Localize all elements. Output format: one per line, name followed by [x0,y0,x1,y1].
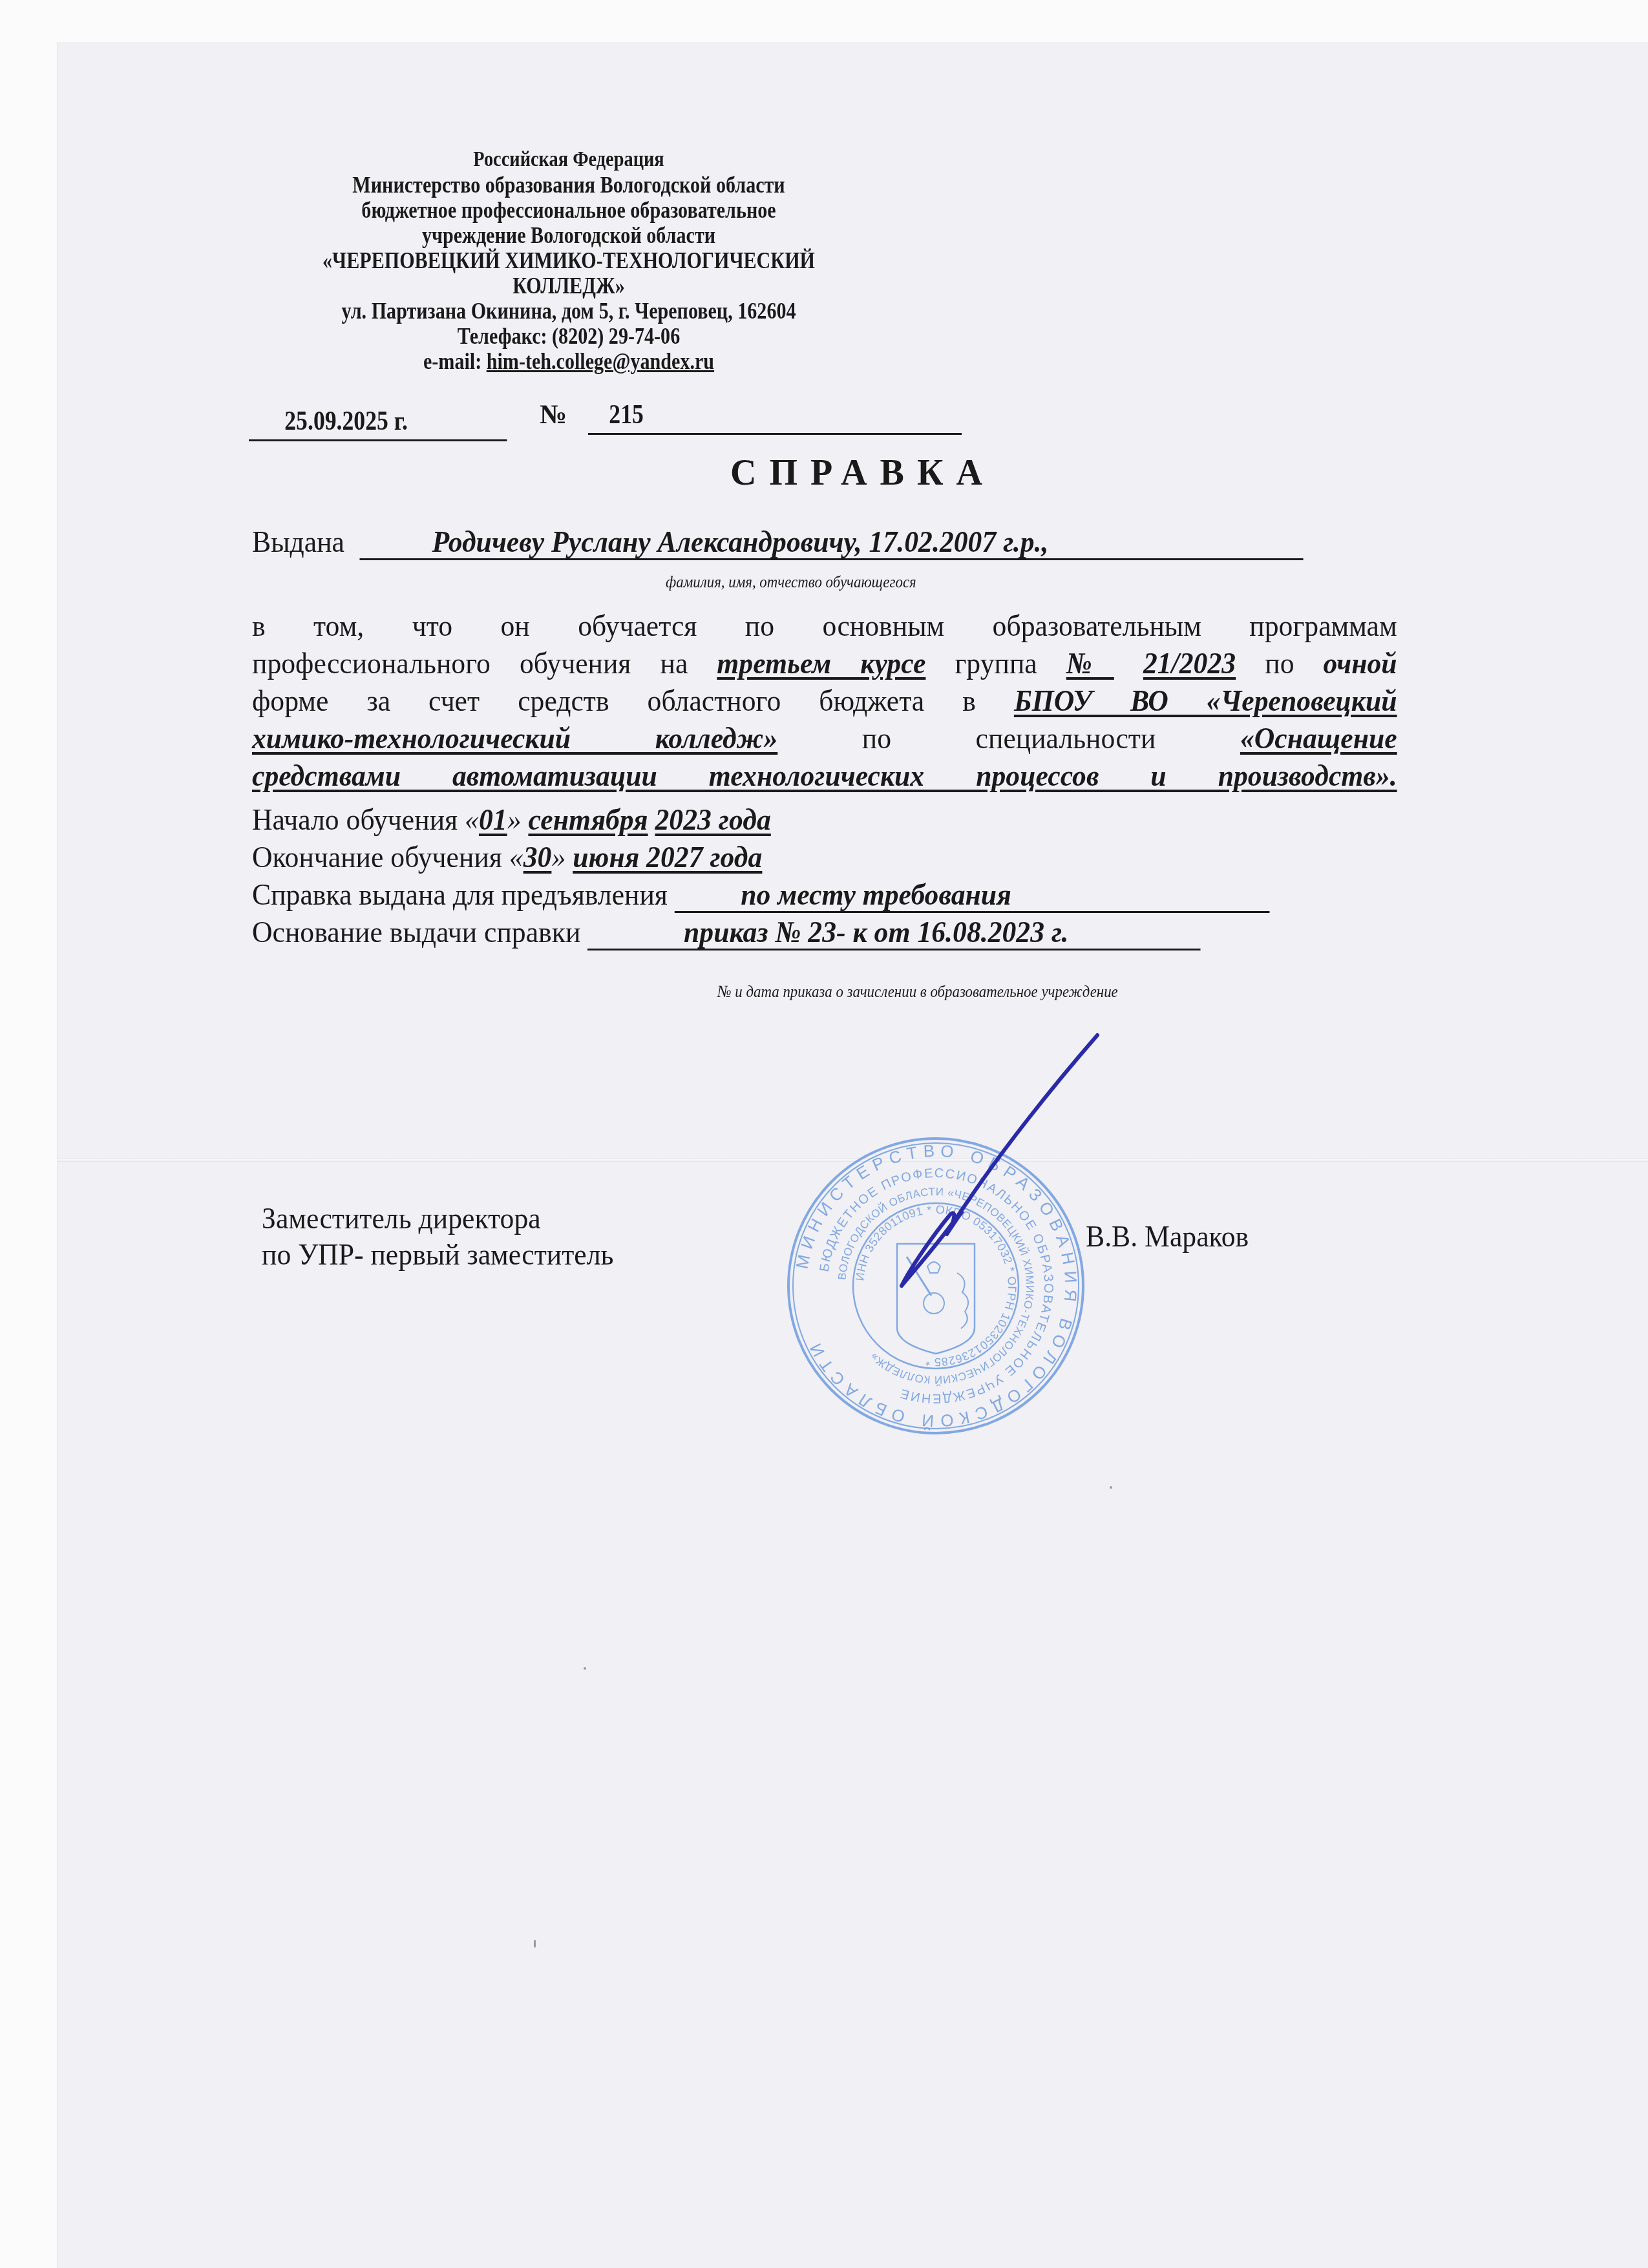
paper-speck [1110,1486,1112,1489]
quote: « [509,841,523,874]
end-day: 30 [523,841,552,874]
paragraph-row: форме за счет средств областного бюджета… [252,682,1397,720]
text: по специальности [777,722,1240,755]
header-line: учреждение Вологодской области [302,223,836,248]
start-month: сентября [528,803,648,837]
signatory-position: Заместитель директора по УПР- первый зам… [262,1201,613,1273]
basis-value: приказ № 23- к от 16.08.2023 г. [587,916,1201,950]
study-start-line: Начало обучения «01» сентября 2023 года [252,801,1397,839]
basis-hint: № и дата приказа о зачислении в образова… [717,982,1118,1002]
handwritten-signature-icon [892,1021,1105,1292]
end-month-year: июня 2027 года [573,841,762,874]
header-email-line: e-mail: him-teh.college@yandex.ru [302,349,836,374]
paper-speck [534,1940,536,1948]
start-label: Начало обучения [252,803,465,837]
quote: » [507,803,522,837]
text: группа [925,647,1066,680]
header-line: КОЛЛЕДЖ» [302,273,836,299]
study-end-line: Окончание обучения «30» июня 2027 года [252,839,1397,876]
paragraph-row: средствами автоматизации технологических… [252,757,1397,795]
quote: « [465,803,479,837]
registration-number: 215 [588,399,962,435]
paper-speck [584,1667,586,1670]
end-label: Окончание обучения [252,841,509,874]
number-sign: № [540,399,567,430]
issued-to-line: Выдана Родичеву Руслану Александровичу, … [252,523,1397,561]
start-year: 2023 года [655,803,771,837]
organization-value: БПОУ ВО «Череповецкий [1014,684,1397,718]
course-value: третьем курсе [717,647,925,680]
position-line: по УПР- первый заместитель [262,1237,613,1273]
paragraph-row: в том, что он обучается по основным обра… [252,607,1397,645]
email-link[interactable]: him-teh.college@yandex.ru [487,349,714,374]
study-form-value: очной [1324,647,1397,680]
student-name-field: Родичеву Руслану Александровичу, 17.02.2… [360,526,1304,560]
purpose-line: Справка выдана для предъявления по месту… [252,876,1397,914]
header-fax: Телефакс: (8202) 29-74-06 [302,324,836,349]
study-dates: Начало обучения «01» сентября 2023 года … [252,801,1397,951]
paragraph-row: профессионального обучения на третьем ку… [252,645,1397,682]
quote: » [551,841,565,874]
purpose-label: Справка выдана для предъявления [252,878,668,912]
text: форме за счет средств областного бюджета… [252,684,1014,718]
header-line: Российская Федерация [302,147,836,173]
document-title: СПРАВКА [0,452,1648,494]
header-line: Министерство образования Вологодской обл… [302,173,836,198]
issued-label: Выдана [252,525,344,559]
signatory-name: В.В. Мараков [1086,1219,1249,1254]
institution-header: Российская Федерация Министерство образо… [302,147,836,374]
group-value: 21/2023 [1143,647,1236,680]
certificate-paragraph: в том, что он обучается по основным обра… [252,607,1397,795]
position-line: Заместитель директора [262,1201,613,1237]
header-line: бюджетное профессиональное образовательн… [302,198,836,223]
basis-label: Основание выдачи справки [252,916,580,949]
registration-date: 25.09.2025 г. [249,406,507,441]
header-line: «ЧЕРЕПОВЕЦКИЙ ХИМИКО-ТЕХНОЛОГИЧЕСКИЙ [302,248,836,273]
specialty-value-cont: средствами автоматизации технологических… [252,759,1397,793]
organization-value-cont: химико-технологический колледж» [252,722,777,755]
email-label: e-mail: [423,349,487,374]
specialty-value: «Оснащение [1240,722,1397,755]
paragraph-row: химико-технологический колледж» по специ… [252,720,1397,757]
text: профессионального обучения на [252,647,717,680]
basis-line: Основание выдачи справки приказ № 23- к … [252,914,1397,951]
purpose-value: по месту требования [675,879,1270,913]
group-number-sign: № [1066,647,1114,680]
text: по [1236,647,1323,680]
start-day: 01 [479,803,507,837]
issued-hint: фамилия, имя, отчество обучающегося [666,572,916,592]
header-address: ул. Партизана Окинина, дом 5, г. Черепов… [302,299,836,324]
